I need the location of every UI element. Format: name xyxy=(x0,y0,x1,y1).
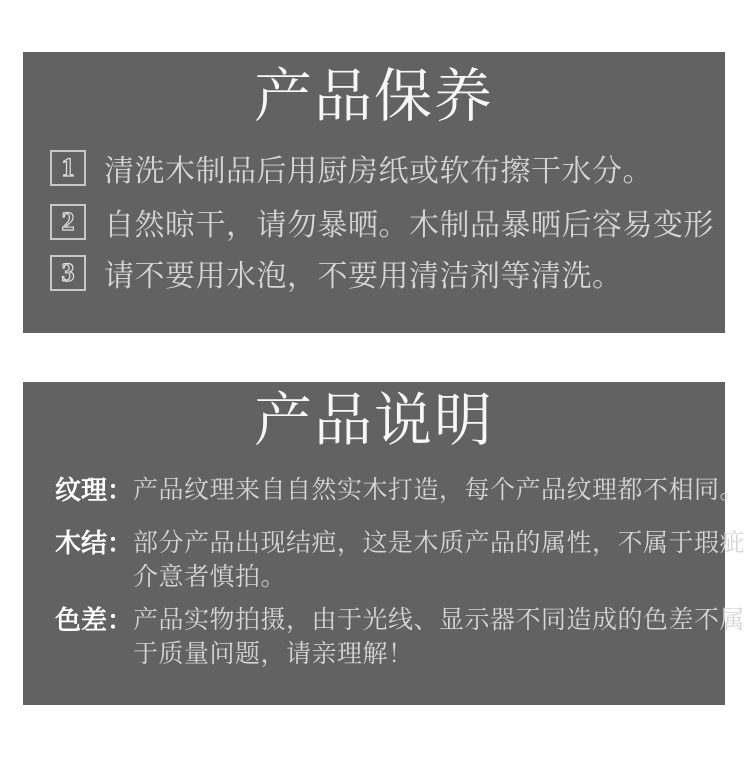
care-panel-title: 产品保养 xyxy=(23,67,725,127)
desc-row-texture: 纹理： 产品纹理来自自然实木打造，每个产品纹理都不相同。 xyxy=(55,473,745,507)
care-item-2: 2 自然晾干，请勿暴晒。木制品暴晒后容易变形 xyxy=(50,203,714,241)
desc-line: 产品纹理来自自然实木打造，每个产品纹理都不相同。 xyxy=(133,476,745,504)
desc-line: 产品实物拍摄，由于光线、显示器不同造成的色差不属 xyxy=(133,606,745,634)
desc-row-texture-label: 纹理： xyxy=(55,473,133,507)
desc-line: 部分产品出现结疤，这是木质产品的属性，不属于瑕疵 xyxy=(133,529,745,557)
care-item-2-number: 2 xyxy=(62,209,75,235)
description-panel-title: 产品说明 xyxy=(23,391,725,451)
desc-row-color-difference-text: 产品实物拍摄，由于光线、显示器不同造成的色差不属 于质量问题，请亲理解！ xyxy=(133,603,745,671)
description-panel: 产品说明 纹理： 产品纹理来自自然实木打造，每个产品纹理都不相同。 木结： 部分… xyxy=(23,382,725,705)
desc-line: 于质量问题，请亲理解！ xyxy=(133,640,414,668)
desc-row-color-difference: 色差： 产品实物拍摄，由于光线、显示器不同造成的色差不属 于质量问题，请亲理解！ xyxy=(55,603,745,671)
care-item-3-text: 请不要用水泡，不要用清洁剂等清洗。 xyxy=(104,251,623,295)
care-item-1-text: 清洗木制品后用厨房纸或软布擦干水分。 xyxy=(104,146,653,190)
product-info-graphic: 产品保养 1 清洗木制品后用厨房纸或软布擦干水分。 2 自然晾干，请勿暴晒。木制… xyxy=(0,0,750,777)
care-item-1: 1 清洗木制品后用厨房纸或软布擦干水分。 xyxy=(50,149,653,187)
desc-row-color-difference-label: 色差： xyxy=(55,603,133,637)
desc-row-knots: 木结： 部分产品出现结疤，这是木质产品的属性，不属于瑕疵 介意者慎拍。 xyxy=(55,526,745,594)
number-box-icon: 2 xyxy=(50,204,86,240)
care-item-1-number: 1 xyxy=(62,155,75,181)
care-item-3: 3 请不要用水泡，不要用清洁剂等清洗。 xyxy=(50,254,623,292)
desc-row-texture-text: 产品纹理来自自然实木打造，每个产品纹理都不相同。 xyxy=(133,473,745,507)
number-box-icon: 1 xyxy=(50,150,86,186)
care-item-3-number: 3 xyxy=(62,260,75,286)
care-item-2-text: 自然晾干，请勿暴晒。木制品暴晒后容易变形 xyxy=(104,200,714,244)
desc-row-knots-label: 木结： xyxy=(55,526,133,560)
care-panel: 产品保养 1 清洗木制品后用厨房纸或软布擦干水分。 2 自然晾干，请勿暴晒。木制… xyxy=(23,52,725,333)
desc-row-knots-text: 部分产品出现结疤，这是木质产品的属性，不属于瑕疵 介意者慎拍。 xyxy=(133,526,745,594)
number-box-icon: 3 xyxy=(50,255,86,291)
desc-line: 介意者慎拍。 xyxy=(133,563,286,591)
